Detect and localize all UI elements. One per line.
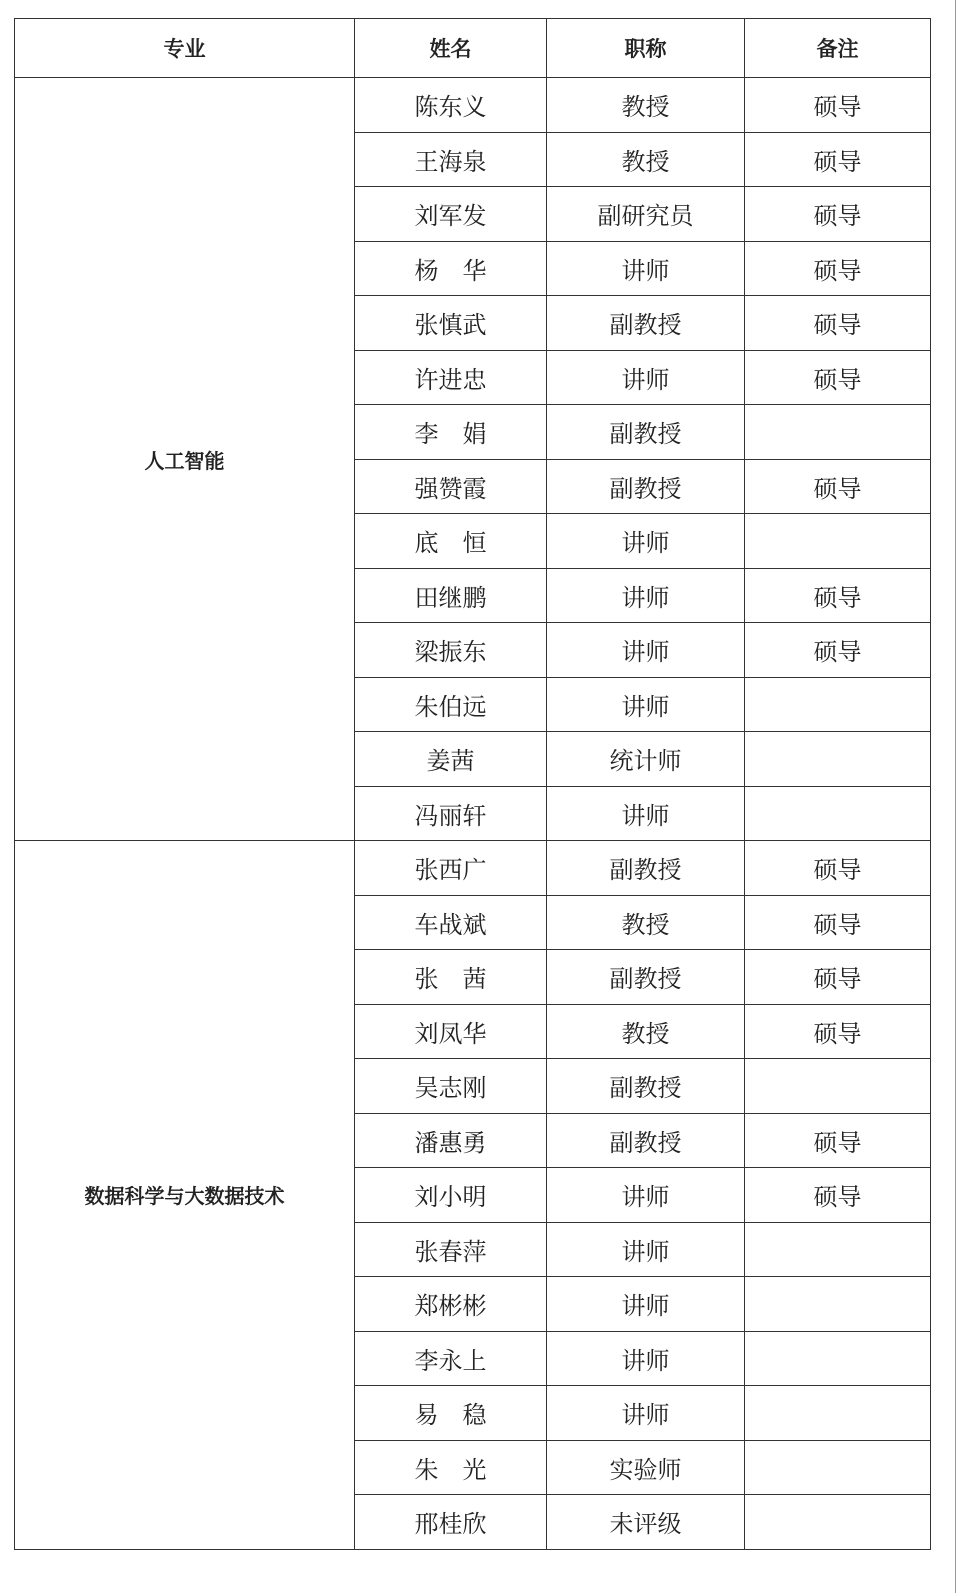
name-cell: 张慎武 xyxy=(355,296,547,351)
note-cell: 硕导 xyxy=(745,296,931,351)
note-cell: 硕导 xyxy=(745,1168,931,1223)
name-cell: 张 茜 xyxy=(355,950,547,1005)
title-cell: 教授 xyxy=(547,132,745,187)
note-cell xyxy=(745,732,931,787)
name-cell: 易 稳 xyxy=(355,1386,547,1441)
name-cell: 底 恒 xyxy=(355,514,547,569)
title-cell: 讲师 xyxy=(547,1331,745,1386)
note-cell: 硕导 xyxy=(745,241,931,296)
name-cell: 王海泉 xyxy=(355,132,547,187)
name-cell: 朱伯远 xyxy=(355,677,547,732)
note-cell xyxy=(745,514,931,569)
note-cell: 硕导 xyxy=(745,950,931,1005)
title-cell: 未评级 xyxy=(547,1495,745,1550)
title-cell: 讲师 xyxy=(547,350,745,405)
name-cell: 冯丽轩 xyxy=(355,786,547,841)
title-cell: 讲师 xyxy=(547,1386,745,1441)
major-cell: 人工智能 xyxy=(15,78,355,841)
note-cell: 硕导 xyxy=(745,841,931,896)
title-cell: 讲师 xyxy=(547,241,745,296)
name-cell: 朱 光 xyxy=(355,1440,547,1495)
title-cell: 教授 xyxy=(547,895,745,950)
note-cell: 硕导 xyxy=(745,350,931,405)
header-name: 姓名 xyxy=(355,19,547,78)
name-cell: 李永上 xyxy=(355,1331,547,1386)
title-cell: 实验师 xyxy=(547,1440,745,1495)
name-cell: 姜茜 xyxy=(355,732,547,787)
title-cell: 副教授 xyxy=(547,950,745,1005)
note-cell: 硕导 xyxy=(745,1113,931,1168)
note-cell xyxy=(745,1495,931,1550)
name-cell: 强赞霞 xyxy=(355,459,547,514)
name-cell: 许进忠 xyxy=(355,350,547,405)
note-cell: 硕导 xyxy=(745,132,931,187)
name-cell: 梁振东 xyxy=(355,623,547,678)
name-cell: 吴志刚 xyxy=(355,1059,547,1114)
table-row: 数据科学与大数据技术张西广副教授硕导 xyxy=(15,841,931,896)
note-cell xyxy=(745,677,931,732)
note-cell xyxy=(745,1440,931,1495)
major-cell: 数据科学与大数据技术 xyxy=(15,841,355,1550)
name-cell: 田继鹏 xyxy=(355,568,547,623)
title-cell: 副研究员 xyxy=(547,187,745,242)
note-cell xyxy=(745,1059,931,1114)
note-cell: 硕导 xyxy=(745,568,931,623)
name-cell: 车战斌 xyxy=(355,895,547,950)
title-cell: 副教授 xyxy=(547,296,745,351)
title-cell: 讲师 xyxy=(547,1222,745,1277)
note-cell xyxy=(745,1277,931,1332)
table-row: 人工智能陈东义教授硕导 xyxy=(15,78,931,133)
name-cell: 陈东义 xyxy=(355,78,547,133)
note-cell: 硕导 xyxy=(745,1004,931,1059)
title-cell: 讲师 xyxy=(547,514,745,569)
title-cell: 副教授 xyxy=(547,459,745,514)
title-cell: 讲师 xyxy=(547,786,745,841)
note-cell xyxy=(745,405,931,460)
title-cell: 副教授 xyxy=(547,841,745,896)
header-note: 备注 xyxy=(745,19,931,78)
name-cell: 潘惠勇 xyxy=(355,1113,547,1168)
name-cell: 张春萍 xyxy=(355,1222,547,1277)
title-cell: 副教授 xyxy=(547,405,745,460)
note-cell xyxy=(745,1331,931,1386)
name-cell: 刘军发 xyxy=(355,187,547,242)
header-major: 专业 xyxy=(15,19,355,78)
note-cell xyxy=(745,1386,931,1441)
note-cell: 硕导 xyxy=(745,623,931,678)
title-cell: 教授 xyxy=(547,78,745,133)
table-header-row: 专业 姓名 职称 备注 xyxy=(15,19,931,78)
page-edge-divider xyxy=(955,0,956,1593)
name-cell: 张西广 xyxy=(355,841,547,896)
note-cell: 硕导 xyxy=(745,187,931,242)
table-body: 人工智能陈东义教授硕导王海泉教授硕导刘军发副研究员硕导杨 华讲师硕导张慎武副教授… xyxy=(15,78,931,1550)
note-cell xyxy=(745,1222,931,1277)
title-cell: 副教授 xyxy=(547,1059,745,1114)
note-cell: 硕导 xyxy=(745,78,931,133)
name-cell: 李 娟 xyxy=(355,405,547,460)
name-cell: 刘凤华 xyxy=(355,1004,547,1059)
name-cell: 刘小明 xyxy=(355,1168,547,1223)
header-title: 职称 xyxy=(547,19,745,78)
title-cell: 统计师 xyxy=(547,732,745,787)
title-cell: 副教授 xyxy=(547,1113,745,1168)
name-cell: 杨 华 xyxy=(355,241,547,296)
note-cell: 硕导 xyxy=(745,895,931,950)
title-cell: 讲师 xyxy=(547,1277,745,1332)
title-cell: 讲师 xyxy=(547,568,745,623)
note-cell xyxy=(745,786,931,841)
name-cell: 郑彬彬 xyxy=(355,1277,547,1332)
title-cell: 讲师 xyxy=(547,1168,745,1223)
name-cell: 邢桂欣 xyxy=(355,1495,547,1550)
title-cell: 讲师 xyxy=(547,623,745,678)
title-cell: 教授 xyxy=(547,1004,745,1059)
faculty-table: 专业 姓名 职称 备注 人工智能陈东义教授硕导王海泉教授硕导刘军发副研究员硕导杨… xyxy=(14,18,931,1550)
note-cell: 硕导 xyxy=(745,459,931,514)
title-cell: 讲师 xyxy=(547,677,745,732)
